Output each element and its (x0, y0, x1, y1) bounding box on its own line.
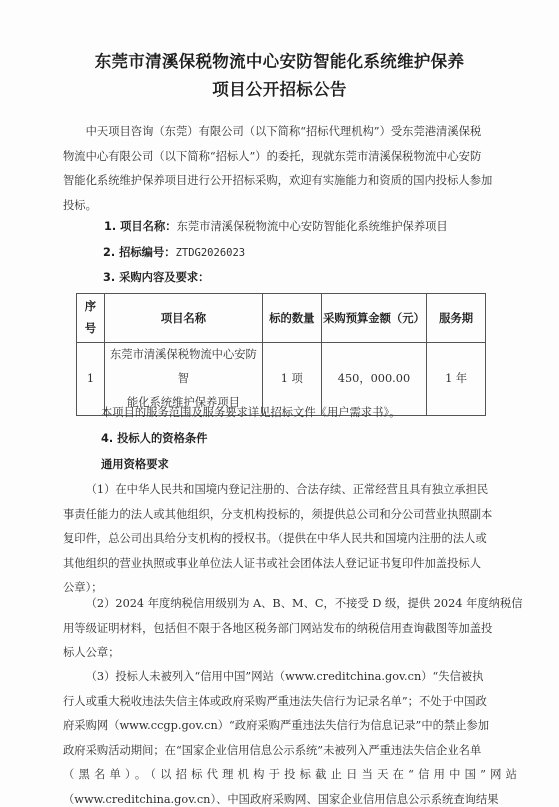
requirement-1-line: 复印件，总公司出具给分支机构的授权书。（提供在中华人民共和国境内注册的法人或 (63, 527, 483, 552)
requirement-3: （3）投标人未被列入“信用中国”网站（www.creditchina.gov.c… (63, 665, 483, 807)
requirement-2-line: 用等级证明材料，包括但不限于各地区税务部门网站发布的纳税信用查询截图等加盖投 (63, 617, 483, 642)
requirement-3-line: （3）投标人未被列入“信用中国”网站（www.creditchina.gov.c… (63, 665, 483, 690)
tender-number-item: 2. 招标编号：ZTDG2026023 (103, 244, 245, 260)
header-seq: 序 号 (77, 294, 105, 343)
procurement-table: 序 号 项目名称 标的数量 采购预算金额（元） 服务期 1 东莞市清溪保税物流中… (76, 293, 486, 416)
requirement-3-line: （黑名单）。（以招标代理机构于投标截止日当天在“信用中国”网站 (63, 763, 483, 788)
bidder-qualification-heading: 4. 投标人的资格条件 (101, 430, 207, 446)
header-quantity: 标的数量 (262, 294, 321, 343)
requirement-3-line: 行人或重大税收违法失信主体或政府采购严重违法失信行为记录名单”；不处于中国政 (63, 690, 483, 715)
header-service-period: 服务期 (427, 294, 486, 343)
tender-number-value: ZTDG2026023 (176, 247, 246, 259)
scope-note: 本项目的服务范围及服务要求详见招标文件《用户需求书》。 (101, 404, 400, 420)
project-name-value: 东莞市清溪保税物流中心安防智能化系统维护保养项目 (177, 220, 448, 233)
header-project-name: 项目名称 (104, 294, 262, 343)
requirement-2-line: 标人公章； (63, 641, 483, 666)
intro-line: 中天项目咨询（东莞）有限公司（以下简称“招标代理机构”）受东莞港清溪保税 (63, 120, 483, 145)
document-title-line2: 项目公开招标公告 (0, 76, 559, 100)
requirement-3-line: （www.creditchina.gov.cn）、中国政府采购网、国家企业信用信… (63, 788, 483, 807)
general-requirements-heading: 通用资格要求 (101, 456, 169, 472)
cell-service-period: 1 年 (427, 343, 486, 416)
requirement-3-line: 政府采购活动期间；在“国家企业信用信息公示系统”未被列入严重违法失信企业名单 (63, 739, 483, 764)
requirement-1-line: 事责任能力的法人或其他组织，分支机构投标的，须提供总公司和分公司营业执照副本 (63, 503, 483, 528)
requirement-1-line: 其他组织的营业执照或事业单位法人证书或社会团体法人登记证书复印件加盖投标人 (63, 552, 483, 577)
header-seq-line2: 号 (77, 318, 104, 340)
project-name-item: 1. 项目名称：东莞市清溪保税物流中心安防智能化系统维护保养项目 (104, 218, 448, 234)
intro-paragraph: 中天项目咨询（东莞）有限公司（以下简称“招标代理机构”）受东莞港清溪保税 物流中… (63, 120, 483, 218)
intro-line: 物流中心有限公司（以下简称“招标人”）的委托，现就东莞市清溪保税物流中心安防 (63, 145, 483, 170)
project-name-label: 1. 项目名称： (104, 220, 177, 233)
requirement-2-line: （2）2024 年度纳税信用级别为 A、B、M、C，不接受 D 级，提供 202… (63, 592, 483, 617)
document-title-line1: 东莞市清溪保税物流中心安防智能化系统维护保养 (0, 48, 559, 72)
requirement-1-line: （1）在中华人民共和国境内登记注册的、合法存续、正常经营且具有独立承担民 (63, 478, 483, 503)
requirement-2: （2）2024 年度纳税信用级别为 A、B、M、C，不接受 D 级，提供 202… (63, 592, 483, 666)
requirement-3-line: 府采购网（www.ccgp.gov.cn）“政府采购严重违法失信行为信息记录”中… (63, 714, 483, 739)
header-seq-line1: 序 (77, 296, 104, 318)
document-page: 东莞市清溪保税物流中心安防智能化系统维护保养 项目公开招标公告 中天项目咨询（东… (0, 0, 559, 807)
intro-line: 投标。 (63, 194, 483, 219)
header-budget: 采购预算金额（元） (321, 294, 427, 343)
requirement-1: （1）在中华人民共和国境内登记注册的、合法存续、正常经营且具有独立承担民 事责任… (63, 478, 483, 601)
tender-number-label: 2. 招标编号： (103, 246, 176, 259)
procurement-content-heading: 3. 采购内容及要求： (103, 269, 209, 285)
table-header-row: 序 号 项目名称 标的数量 采购预算金额（元） 服务期 (77, 294, 486, 343)
intro-line: 智能化系统维护保养项目进行公开招标采购，欢迎有实施能力和资质的国内投标人参加 (63, 169, 483, 194)
cell-project-name-line1: 东莞市清溪保税物流中心安防智 (105, 343, 262, 391)
